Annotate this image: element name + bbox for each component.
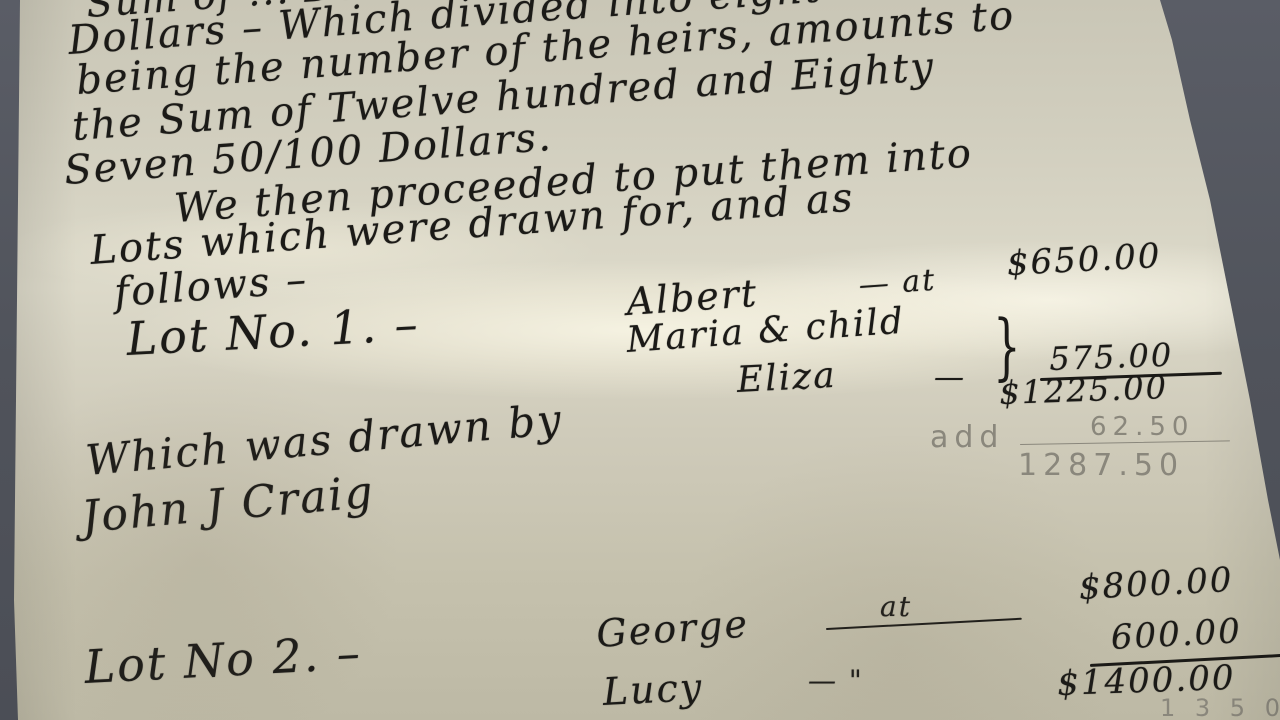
document-page: Sum of ... Dollars Dollars – Which divid… [0, 0, 1280, 720]
lot1-subtotal: $1225.00 [999, 368, 1169, 412]
lot2-george-rule [826, 618, 1022, 630]
lot2-entry-lucy-amount: 600.00 [1110, 611, 1243, 658]
pencil-add-amount: 62.50 [1090, 412, 1194, 442]
bracket-icon: } [993, 310, 1020, 382]
pencil-add-label: add [930, 420, 1004, 455]
lot1-entry-eliza-connector: — [934, 360, 966, 395]
lot1-entry-albert-connector: — at [858, 263, 938, 303]
photo-scene: Sum of ... Dollars Dollars – Which divid… [0, 0, 1280, 720]
lot1-entry-eliza-name: Eliza [736, 355, 838, 401]
lot2-entry-lucy-connector: — " [808, 664, 864, 697]
lot2-entry-george-name: George [595, 601, 750, 656]
pencil-total: 1287.50 [1018, 448, 1184, 483]
lot2-entry-lucy-name: Lucy [602, 665, 705, 714]
lot2-pencil-partial: 1 3 5 0 [1160, 694, 1280, 720]
lot2-entry-george-connector: at [880, 590, 912, 623]
lot2-entry-george-amount: $800.00 [1078, 560, 1234, 608]
lot1-entry-albert-amount: $650.00 [1006, 236, 1162, 284]
lot2-label: Lot No 2. – [83, 626, 363, 694]
